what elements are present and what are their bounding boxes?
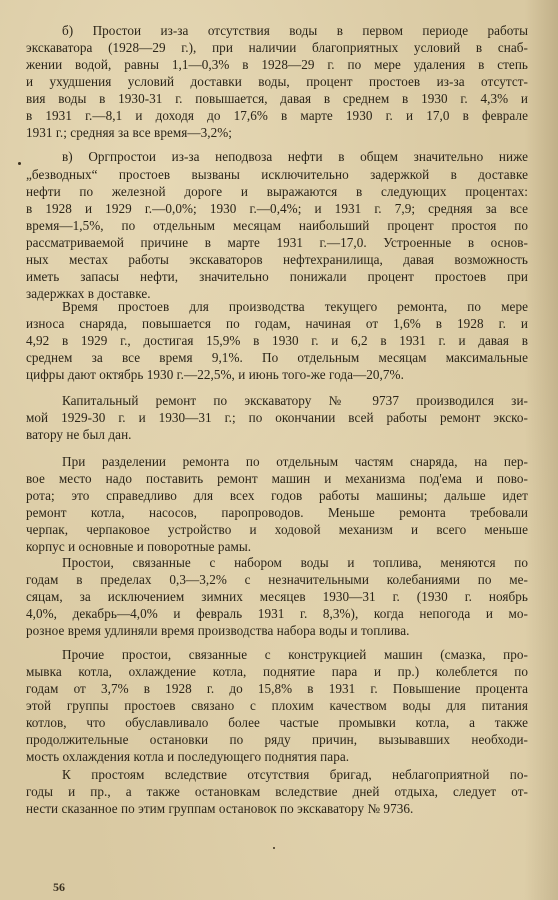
text-line: ватору не был дан. — [26, 428, 528, 442]
text-line: в) Оргпростои из-за неподвоза нефти в об… — [62, 150, 528, 164]
text-line: рота; это справедливо для всех годов раб… — [26, 489, 528, 503]
text-line: цифры дают октябрь 1930 г.—22,5%, и июнь… — [26, 368, 528, 382]
text-line: сяцам, за исключением зимних месяцев 193… — [26, 590, 528, 604]
text-line: При разделении ремонта по отдельным част… — [62, 455, 528, 469]
text-line: этой группы простоев связано с плохим ка… — [26, 699, 528, 713]
book-page: б) Простои из-за отсутствия воды в перво… — [0, 0, 558, 900]
text-line: 4,92 в 1929 г., достигая 15,9% в 1930 г.… — [26, 334, 528, 348]
text-line: ремонт котла, насосов, паропроводов. Мен… — [26, 506, 528, 520]
text-line: годы и пр., а также остановкам вследстви… — [26, 785, 528, 799]
text-line: годам в пределах 0,3—3,2% с незначительн… — [26, 573, 528, 587]
text-line: время—1,5%, по отдельным месяцам наиболь… — [26, 219, 528, 233]
text-line: нести сказанное по этим группам останово… — [26, 802, 528, 816]
text-line: иметь запасы нефти, значительно понижали… — [26, 270, 528, 284]
ink-speck — [273, 847, 275, 849]
page-number: 56 — [53, 880, 65, 895]
text-line: в 1928 и 1929 г.—0,0%; 1930 г.—0,4%; и 1… — [26, 202, 528, 216]
text-line: среднем за все время 9,1%. По отдельным … — [26, 351, 528, 365]
text-line: и ухудшения условий доставки воды, проце… — [26, 75, 528, 89]
text-line: ных местах работы экскаваторов нефтехран… — [26, 253, 528, 267]
text-line: вое место надо поставить ремонт машин и … — [26, 472, 528, 486]
text-line: мывка котла, охлаждение котла, поднятие … — [26, 665, 528, 679]
text-line: экскаватора (1928—29 г.), при наличии бл… — [26, 41, 528, 55]
text-line: котлов, что обуславливало более частые п… — [26, 716, 528, 730]
text-line: черпак, черпаковое устройство и ходовой … — [26, 523, 528, 537]
ink-speck — [18, 162, 21, 165]
text-line: мость охлаждения котла и последующего по… — [26, 750, 528, 764]
text-line: Время простоев для производства текущего… — [62, 300, 528, 314]
text-line: рассматриваемой причине в марте 1931 г.—… — [26, 236, 528, 250]
text-line: вия воды в 1930-31 г. повышается, давая … — [26, 92, 528, 106]
text-line: К простоям вследствие отсутствия бригад,… — [62, 768, 528, 782]
text-line: нефти по железной дороге и выражаются в … — [26, 185, 528, 199]
text-line: б) Простои из-за отсутствия воды в перво… — [62, 24, 528, 38]
text-line: продолжительные остановки по ряду причин… — [26, 733, 528, 747]
text-line: Прочие простои, связанные с конструкцией… — [62, 648, 528, 662]
text-line: износа снаряда, повышается по годам, нач… — [26, 317, 528, 331]
text-line: „безводных“ простоев вызваны исключитель… — [26, 168, 528, 182]
text-line: мой 1929-30 г. и 1930—31 г.; по окончани… — [26, 411, 528, 425]
text-line: в 1931 г.—8,1 и доходя до 17,6% в марте … — [26, 109, 528, 123]
text-line: Капитальный ремонт по экскаватору № 9737… — [62, 394, 528, 408]
text-line: 1931 г.; средняя за все время—3,2%; — [26, 126, 528, 140]
text-line: годам от 3,7% в 1928 г. до 15,8% в 1931 … — [26, 682, 528, 696]
text-line: розное время удлиняли время производства… — [26, 624, 528, 638]
text-line: жении водой, равны 1,1—0,3% в 1928—29 г.… — [26, 58, 528, 72]
text-line: 4,0%, декабрь—4,0% и февраль 1931 г. 8,3… — [26, 607, 528, 621]
text-line: Простои, связанные с набором воды и топл… — [62, 556, 528, 570]
text-line: корпус и основные и поворотные рамы. — [26, 540, 528, 554]
